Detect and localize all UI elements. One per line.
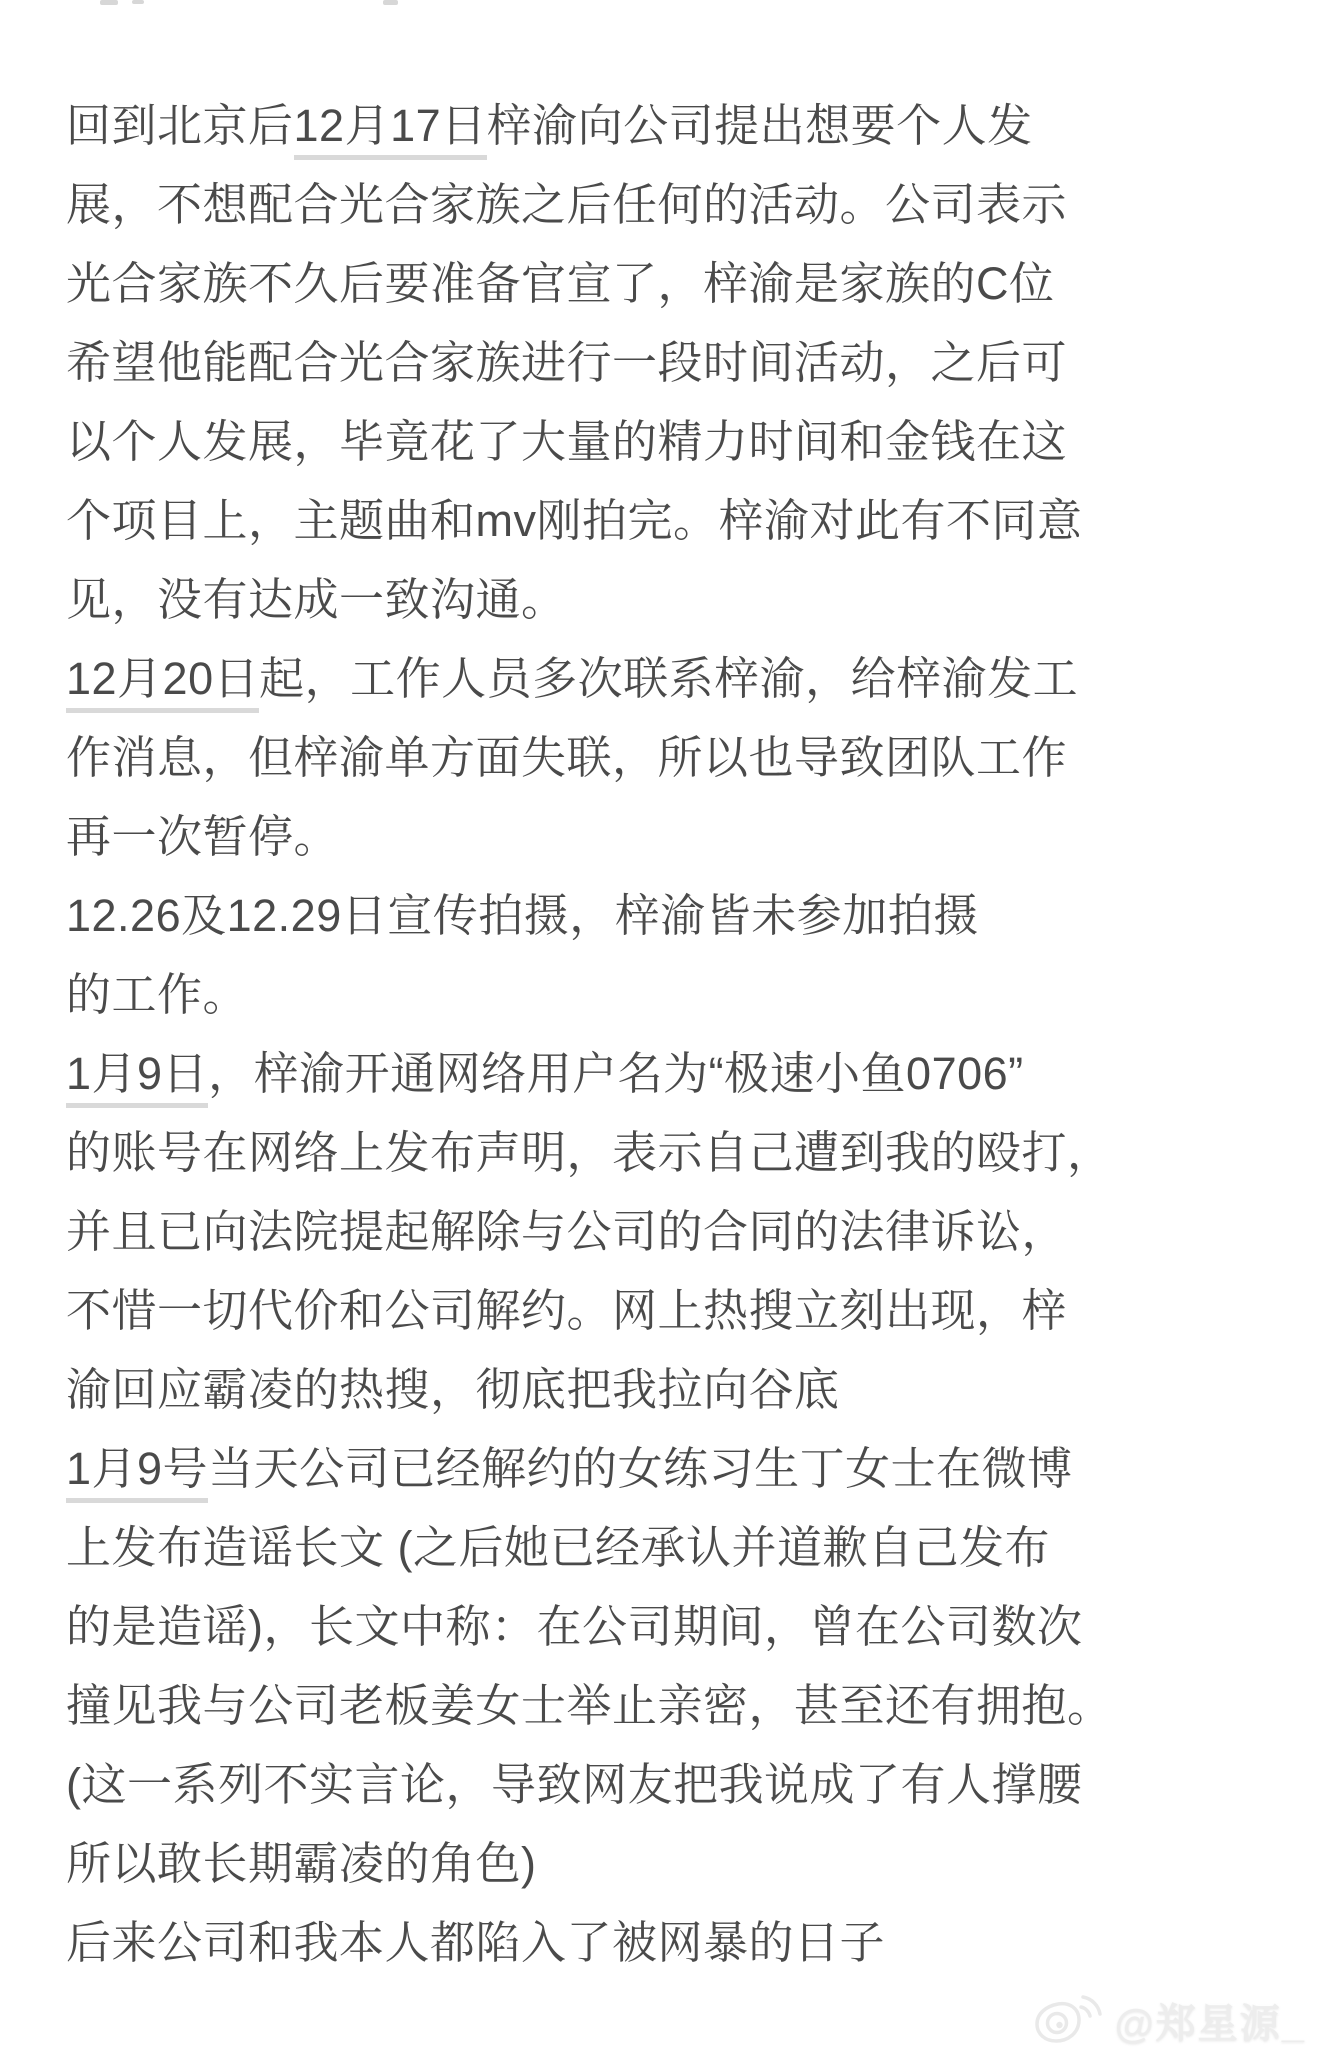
text-line: 希望他能配合光合家族进行一段时间活动，之后可 — [66, 323, 1026, 402]
text-line: 撞见我与公司老板姜女士举止亲密，甚至还有拥抱。 — [66, 1666, 1026, 1745]
text-segment: 的账号在网络上发布声明，表示自己遭到我的殴打， — [66, 1127, 1113, 1178]
clipped-text-fragment — [100, 0, 118, 5]
text-segment: 个项目上，主题曲和mv刚拍完。梓渝对此有不同意 — [66, 495, 1083, 546]
text-segment: 不惜一切代价和公司解约。网上热搜立刻出现，梓 — [66, 1285, 1067, 1336]
text-segment: 的工作。 — [66, 969, 248, 1020]
post-image: 回到北京后12月17日梓渝向公司提出想要个人发展，不想配合光合家族之后任何的活动… — [0, 0, 1320, 2055]
text-segment: 并且已向法院提起解除与公司的合同的法律诉讼， — [66, 1206, 1067, 1257]
underlined-date: 12月17日 — [294, 100, 487, 160]
weibo-logo-icon — [1033, 1991, 1105, 2049]
text-segment: 见，没有达成一致沟通。 — [66, 574, 567, 625]
text-segment: 作消息，但梓渝单方面失联，所以也导致团队工作 — [66, 732, 1067, 783]
watermark: @郑星源_ — [1033, 1991, 1306, 2049]
text-line: 1月9日，梓渝开通网络用户名为“极速小鱼0706” — [66, 1034, 1026, 1113]
clipped-text-fragment — [132, 0, 144, 4]
text-line: 再一次暂停。 — [66, 797, 1026, 876]
text-line: 见，没有达成一致沟通。 — [66, 560, 1026, 639]
text-segment: 光合家族不久后要准备官宣了，梓渝是家族的C位 — [66, 258, 1055, 309]
text-line: 个项目上，主题曲和mv刚拍完。梓渝对此有不同意 — [66, 481, 1026, 560]
text-segment: 回到北京后 — [66, 100, 294, 151]
text-segment: 所以敢长期霸凌的角色) — [66, 1838, 537, 1889]
text-line: 回到北京后12月17日梓渝向公司提出想要个人发 — [66, 86, 1026, 165]
text-segment: 再一次暂停。 — [66, 811, 339, 862]
text-line: 不惜一切代价和公司解约。网上热搜立刻出现，梓 — [66, 1271, 1026, 1350]
text-segment: 渝回应霸凌的热搜，彻底把我拉向谷底 — [66, 1364, 840, 1415]
text-segment: 后来公司和我本人都陷入了被网暴的日子 — [66, 1917, 885, 1968]
text-line: 1月9号当天公司已经解约的女练习生丁女士在微博 — [66, 1429, 1026, 1508]
clipped-text-fragment — [383, 0, 398, 5]
text-line: 12.26及12.29日宣传拍摄，梓渝皆未参加拍摄 — [66, 876, 1026, 955]
text-segment: 起，工作人员多次联系梓渝，给梓渝发工 — [259, 653, 1078, 704]
text-line: 上发布造谣长文 (之后她已经承认并道歉自己发布 — [66, 1508, 1026, 1587]
text-segment: 上发布造谣长文 (之后她已经承认并道歉自己发布 — [66, 1522, 1050, 1573]
text-line: 光合家族不久后要准备官宣了，梓渝是家族的C位 — [66, 244, 1026, 323]
text-line: 渝回应霸凌的热搜，彻底把我拉向谷底 — [66, 1350, 1026, 1429]
text-line: 所以敢长期霸凌的角色) — [66, 1824, 1026, 1903]
underlined-date: 12月20日 — [66, 653, 259, 713]
text-line: 的账号在网络上发布声明，表示自己遭到我的殴打， — [66, 1113, 1026, 1192]
text-segment: ，梓渝开通网络用户名为“极速小鱼0706” — [208, 1048, 1024, 1099]
text-line: 的工作。 — [66, 955, 1026, 1034]
text-segment: 的是造谣)，长文中称：在公司期间，曾在公司数次 — [66, 1601, 1083, 1652]
text-segment: 以个人发展，毕竟花了大量的精力时间和金钱在这 — [66, 416, 1067, 467]
watermark-handle: @郑星源_ — [1115, 1992, 1306, 2049]
text-segment: 希望他能配合光合家族进行一段时间活动，之后可 — [66, 337, 1067, 388]
text-segment: (这一系列不实言论，导致网友把我说成了有人撑腰 — [66, 1759, 1083, 1810]
text-line: 作消息，但梓渝单方面失联，所以也导致团队工作 — [66, 718, 1026, 797]
underlined-date: 1月9号 — [66, 1443, 208, 1503]
text-segment: 展，不想配合光合家族之后任何的活动。公司表示 — [66, 179, 1067, 230]
text-line: 后来公司和我本人都陷入了被网暴的日子 — [66, 1903, 1026, 1982]
post-text: 回到北京后12月17日梓渝向公司提出想要个人发展，不想配合光合家族之后任何的活动… — [66, 86, 1026, 1982]
text-line: 12月20日起，工作人员多次联系梓渝，给梓渝发工 — [66, 639, 1026, 718]
text-line: 展，不想配合光合家族之后任何的活动。公司表示 — [66, 165, 1026, 244]
text-line: (这一系列不实言论，导致网友把我说成了有人撑腰 — [66, 1745, 1026, 1824]
text-line: 的是造谣)，长文中称：在公司期间，曾在公司数次 — [66, 1587, 1026, 1666]
text-segment: 撞见我与公司老板姜女士举止亲密，甚至还有拥抱。 — [66, 1680, 1113, 1731]
text-segment: 梓渝向公司提出想要个人发 — [487, 100, 1033, 151]
underlined-date: 1月9日 — [66, 1048, 208, 1108]
text-segment: 12.26及12.29日宣传拍摄，梓渝皆未参加拍摄 — [66, 890, 979, 941]
text-line: 并且已向法院提起解除与公司的合同的法律诉讼， — [66, 1192, 1026, 1271]
text-segment: 当天公司已经解约的女练习生丁女士在微博 — [208, 1443, 1073, 1494]
text-line: 以个人发展，毕竟花了大量的精力时间和金钱在这 — [66, 402, 1026, 481]
